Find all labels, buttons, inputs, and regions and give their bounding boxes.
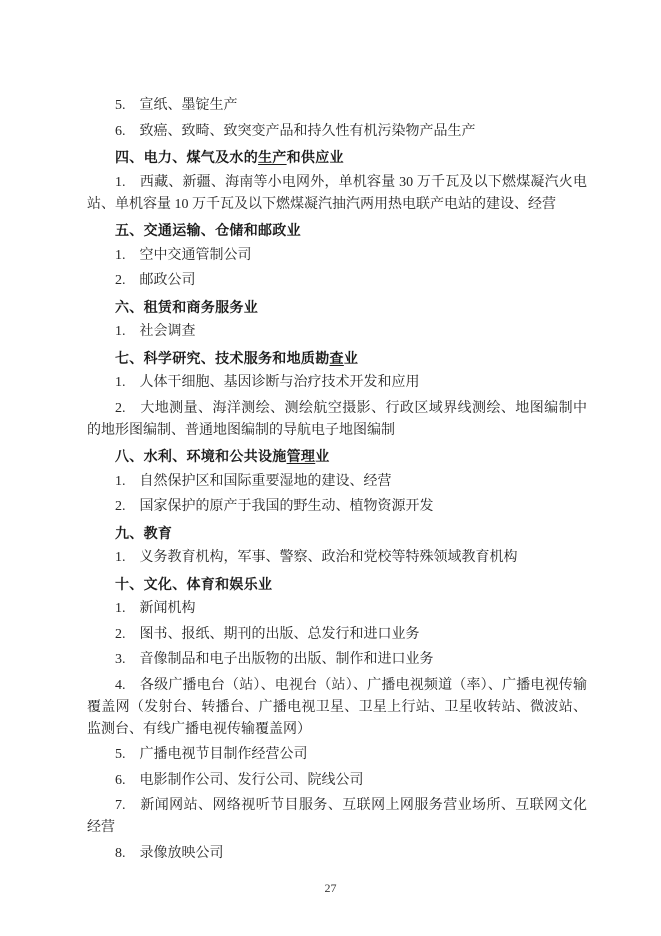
list-item: 7. 新闻网站、网络视听节目服务、互联网上网服务营业场所、互联网文化经营 xyxy=(87,795,587,839)
underlined-text: 查 xyxy=(330,350,344,366)
list-item: 3. 音像制品和电子出版物的出版、制作和进口业务 xyxy=(87,649,587,671)
section-heading: 四、电力、煤气及水的生产和供应业 xyxy=(87,146,587,168)
section-heading: 五、交通运输、仓储和邮政业 xyxy=(87,219,587,241)
section-heading: 九、教育 xyxy=(87,522,587,544)
heading-text: 七、科学研究、技术服务和地质勘 xyxy=(115,350,330,366)
list-item: 6. 致癌、致畸、致突变产品和持久性有机污染物产品生产 xyxy=(87,121,587,143)
list-item: 4. 各级广播电台（站）、电视台（站）、广播电视频道（率）、广播电视传输覆盖网（… xyxy=(87,675,587,741)
underlined-text: 生产 xyxy=(258,149,287,165)
underlined-text: 管理 xyxy=(287,448,316,464)
section-heading: 七、科学研究、技术服务和地质勘查业 xyxy=(87,347,587,369)
list-item: 1. 新闻机构 xyxy=(87,598,587,620)
heading-text: 业 xyxy=(344,350,358,366)
heading-text: 和供应业 xyxy=(287,149,344,165)
list-item: 1. 社会调查 xyxy=(87,321,587,343)
list-item: 1. 空中交通管制公司 xyxy=(87,245,587,267)
section-heading: 八、水利、环境和公共设施管理业 xyxy=(87,445,587,467)
list-item: 8. 录像放映公司 xyxy=(87,843,587,865)
list-item: 6. 电影制作公司、发行公司、院线公司 xyxy=(87,770,587,792)
list-item: 2. 大地测量、海洋测绘、测绘航空摄影、行政区域界线测绘、地图编制中的地形图编制… xyxy=(87,398,587,442)
list-item: 2. 国家保护的原产于我国的野生动、植物资源开发 xyxy=(87,496,587,518)
list-item: 2. 图书、报纸、期刊的出版、总发行和进口业务 xyxy=(87,624,587,646)
heading-text: 八、水利、环境和公共设施 xyxy=(115,448,287,464)
list-item: 2. 邮政公司 xyxy=(87,270,587,292)
page-number: 27 xyxy=(0,881,661,896)
document-body: 5. 宣纸、墨锭生产6. 致癌、致畸、致突变产品和持久性有机污染物产品生产四、电… xyxy=(87,95,587,868)
heading-text: 业 xyxy=(315,448,329,464)
section-heading: 十、文化、体育和娱乐业 xyxy=(87,573,587,595)
list-item: 1. 西藏、新疆、海南等小电网外，单机容量 30 万千瓦及以下燃煤凝汽火电站、单… xyxy=(87,172,587,216)
list-item: 1. 自然保护区和国际重要湿地的建设、经营 xyxy=(87,471,587,493)
list-item: 5. 宣纸、墨锭生产 xyxy=(87,95,587,117)
heading-text: 四、电力、煤气及水的 xyxy=(115,149,258,165)
section-heading: 六、租赁和商务服务业 xyxy=(87,296,587,318)
list-item: 1. 人体干细胞、基因诊断与治疗技术开发和应用 xyxy=(87,372,587,394)
list-item: 5. 广播电视节目制作经营公司 xyxy=(87,744,587,766)
document-page: 5. 宣纸、墨锭生产6. 致癌、致畸、致突变产品和持久性有机污染物产品生产四、电… xyxy=(0,0,661,936)
list-item: 1. 义务教育机构，军事、警察、政治和党校等特殊领域教育机构 xyxy=(87,547,587,569)
